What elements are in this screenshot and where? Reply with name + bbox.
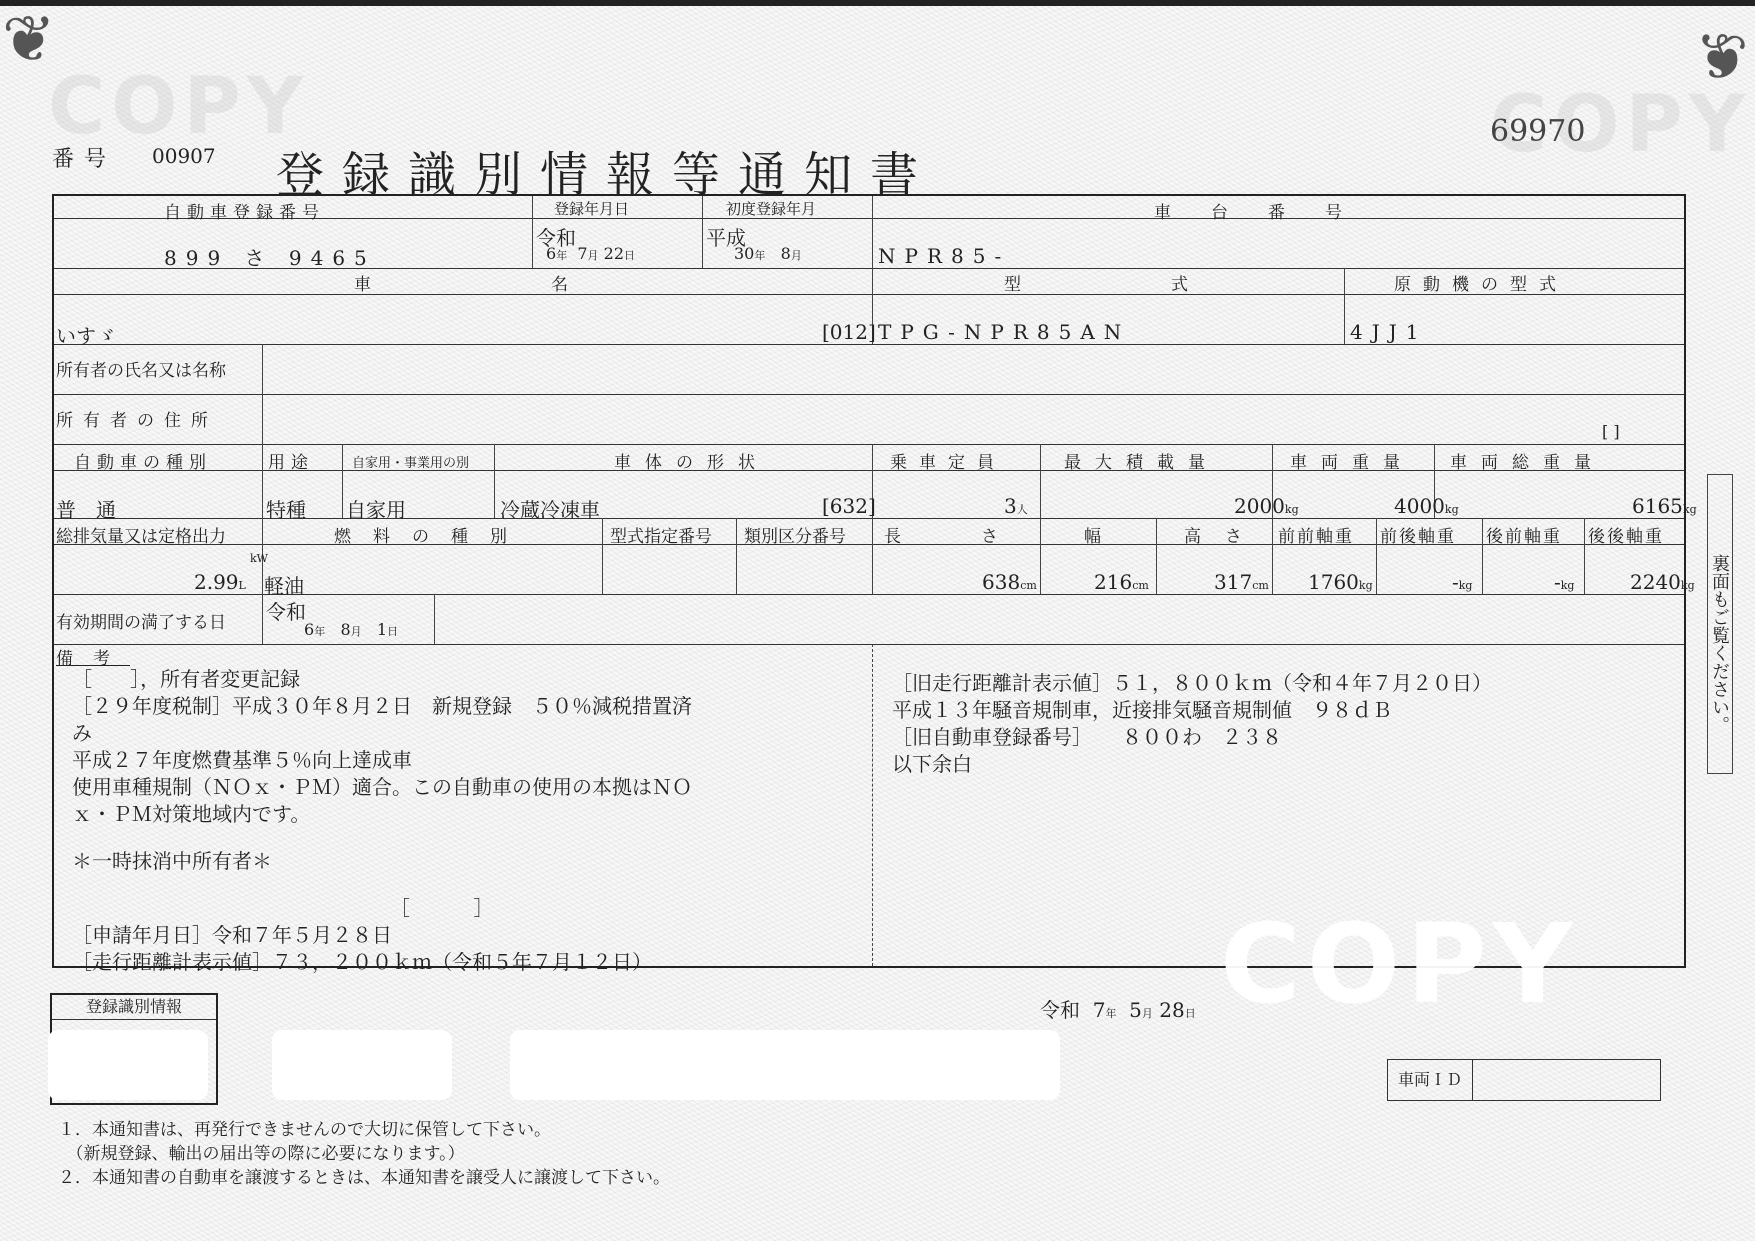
rear-front-axle: -kg [1554, 570, 1574, 594]
remark-line [72, 828, 692, 848]
displacement-unit-alt: kW [250, 552, 268, 565]
serial-number: 00907 [152, 144, 216, 168]
serial-label: 番号 [52, 142, 116, 173]
body-shape-label: 車体の形状 [614, 448, 769, 473]
engine-model-label: 原動機の型式 [1394, 270, 1568, 295]
front-rear-axle: -kg [1452, 570, 1472, 594]
rear-front-axle-label: 後前軸重 [1486, 522, 1562, 547]
model: TPG-NPR85AN [878, 320, 1130, 344]
max-load: 2000kg [1234, 494, 1299, 518]
height-label: 高さ [1184, 522, 1266, 547]
redacted-block [510, 1030, 1060, 1100]
registration-info-label: 登録識別情報 [52, 995, 216, 1020]
length-label: 長さ [884, 522, 1078, 547]
vehicle-weight: 4000kg [1394, 494, 1459, 518]
height: 317cm [1214, 570, 1269, 594]
width-label: 幅 [1084, 522, 1107, 547]
remark-line: ［２９年度税制］平成３０年８月２日 新規登録 ５０％減税措置済 [72, 693, 692, 720]
front-front-axle: 1760kg [1308, 570, 1373, 594]
remark-line: 平成２７年度燃費基準５％向上達成車 [72, 747, 692, 774]
document-page: ❦ ❦ COPY COPY 番号 00907 登録識別情報等通知書 69970 [0, 0, 1755, 1241]
classification-label: 類別区分番号 [744, 522, 846, 547]
rear-rear-axle: 2240kg [1630, 570, 1695, 594]
displacement: 2.99L [194, 570, 246, 594]
model-label: 型式 [1004, 270, 1338, 295]
registration-table: 自動車登録番号 登録年月日 初度登録年月 車台番号 899 さ 9465 令和 … [52, 194, 1686, 968]
scan-edge [0, 0, 1755, 6]
expiry-date: 6年 8月 1日 [304, 620, 398, 639]
capacity-label: 乗車定員 [890, 448, 1006, 473]
issue-date: 令和 7年 5月 28日 [1040, 994, 1196, 1023]
remark-line: 使用車種規制（ＮＯｘ・ＰＭ）適合。この自動車の使用の本拠はＮＯ [72, 774, 692, 801]
vehicle-class-label: 自動車の種別 [74, 448, 212, 473]
body-code: [632] [822, 494, 876, 518]
remark-line: ［旧走行距離計表示値］５１，８００ｋｍ（令和４年７月２０日） [892, 670, 1492, 697]
remark-line: ［走行距離計表示値］７３，２００ｋｍ（令和５年７月１２日） [72, 949, 692, 976]
first-registration-date: 30年 8月 [734, 244, 802, 263]
remark-line: ［旧自動車登録番号］ ８００わ ２３８ [892, 724, 1492, 751]
chassis-number: NPR85- [878, 244, 1010, 268]
vehicle-name-label: 車名 [354, 270, 748, 295]
remark-line: ｘ・ＰＭ対策地域内です。 [72, 801, 692, 828]
expiry-era: 令和 [266, 596, 306, 625]
remark-line: ［ ］，所有者変更記録 [72, 666, 692, 693]
width: 216cm [1094, 570, 1149, 594]
owner-address-bracket: [ ] [1602, 422, 1620, 441]
remark-line: み [72, 720, 692, 747]
remark-line: ＊一時抹消中所有者＊ [72, 848, 692, 875]
remark-line: ［申請年月日］令和７年５月２８日 [72, 922, 692, 949]
footer-note-line: ２．本通知書の自動車を譲渡するときは、本通知書を譲受人に譲渡して下さい。 [58, 1166, 670, 1190]
remark-line [72, 875, 692, 895]
registration-date-label: 登録年月日 [554, 198, 629, 219]
vehicle-id-box: 車両ＩＤ [1387, 1059, 1661, 1101]
registration-number-label: 自動車登録番号 [164, 198, 325, 223]
capacity: 3人 [1004, 494, 1028, 518]
max-load-label: 最大積載量 [1064, 448, 1219, 473]
vehicle-name: いすゞ [56, 320, 116, 349]
registration-number: 899 さ 9465 [164, 242, 376, 271]
owner-name-label: 所有者の氏名又は名称 [56, 356, 226, 381]
redacted-block [272, 1030, 452, 1100]
rear-rear-axle-label: 後後軸重 [1588, 522, 1664, 547]
redacted-block [48, 1030, 208, 1100]
expiry-label: 有効期間の満了する日 [56, 608, 226, 633]
owner-address-label: 所有者の住所 [56, 406, 218, 431]
vehicle-id-label: 車両ＩＤ [1388, 1060, 1473, 1100]
footer-note-line: １．本通知書は、再発行できませんので大切に保管して下さい。 [58, 1118, 670, 1142]
engine-model: 4JJ1 [1350, 320, 1427, 344]
model-code: [012] [822, 320, 876, 344]
type-designation-label: 型式指定番号 [610, 522, 712, 547]
gross-weight: 6165kg [1632, 494, 1697, 518]
vehicle-class: 普通 [56, 494, 136, 523]
private-commercial: 自家用 [346, 494, 406, 523]
first-registration-label: 初度登録年月 [726, 198, 816, 219]
chassis-number-label: 車台番号 [1154, 198, 1382, 223]
remark-line: 以下余白 [892, 751, 1492, 778]
body-shape: 冷蔵冷凍車 [500, 494, 600, 523]
fuel-label: 燃料の種別 [334, 522, 529, 547]
remarks-right: ［旧走行距離計表示値］５１，８００ｋｍ（令和４年７月２０日）平成１３年騒音規制車… [892, 670, 1492, 778]
see-reverse-note: 裏面もご覧ください。 [1707, 474, 1733, 774]
length: 638cm [982, 570, 1037, 594]
private-commercial-label: 自家用・事業用の別 [352, 452, 469, 471]
front-front-axle-label: 前前軸重 [1278, 522, 1354, 547]
fuel-type: 軽油 [264, 570, 304, 599]
remark-line: 平成１３年騒音規制車，近接排気騒音規制値 ９８ｄＢ [892, 697, 1492, 724]
footer-note-line: （新規登録、輸出の届出等の際に必要になります。） [58, 1142, 670, 1166]
gross-weight-label: 車両総重量 [1450, 448, 1605, 473]
vehicle-weight-label: 車両重量 [1290, 448, 1414, 473]
footer-notes: １．本通知書は、再発行できませんので大切に保管して下さい。 （新規登録、輸出の届… [58, 1118, 670, 1190]
usage-label: 用途 [268, 448, 314, 473]
copy-watermark: COPY [1220, 900, 1579, 1028]
usage: 特種 [266, 494, 306, 523]
displacement-label: 総排気量又は定格出力 [56, 522, 226, 547]
registration-date: 6年 7月 22日 [546, 244, 635, 263]
copy-watermark: COPY [48, 62, 309, 152]
remarks-left: ［ ］，所有者変更記録［２９年度税制］平成３０年８月２日 新規登録 ５０％減税措… [72, 666, 692, 976]
reference-number: 69970 [1490, 114, 1585, 149]
remark-line: ［ ］ [72, 895, 692, 922]
front-rear-axle-label: 前後軸重 [1380, 522, 1456, 547]
